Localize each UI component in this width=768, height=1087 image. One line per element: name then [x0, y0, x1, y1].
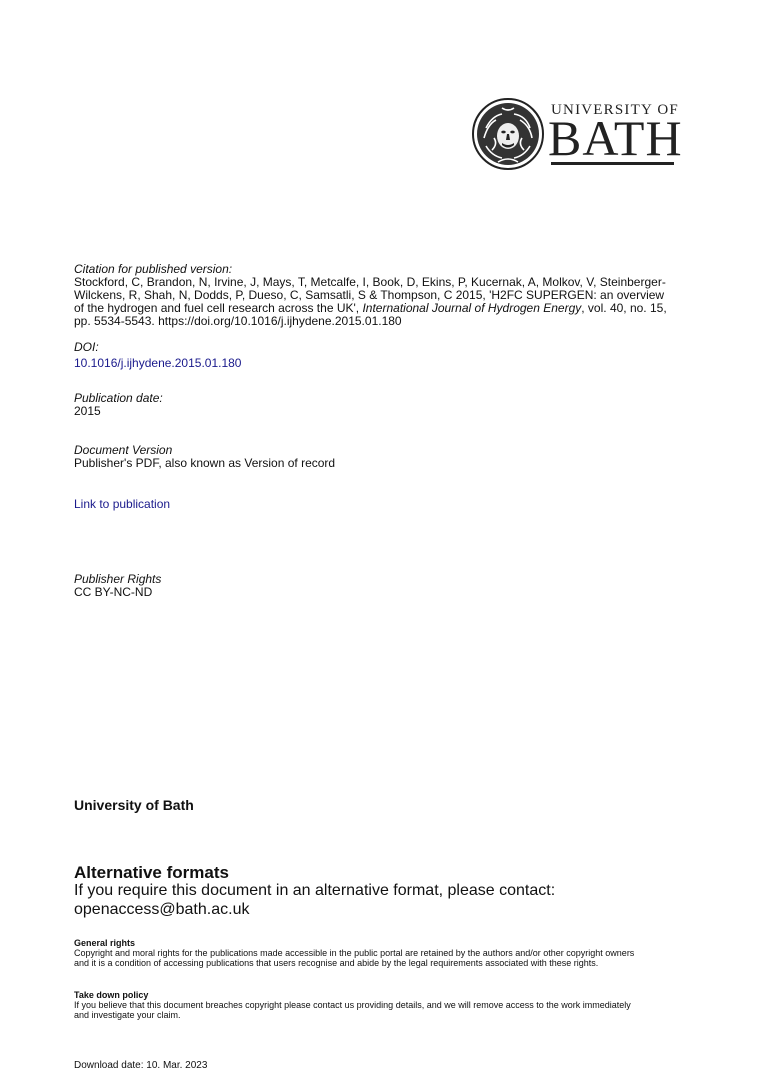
- logo-underline: [551, 162, 674, 165]
- alternative-formats-text: If you require this document in an alter…: [74, 881, 714, 900]
- citation-line-4: pp. 5534-5543. https://doi.org/10.1016/j…: [74, 315, 724, 328]
- institution-name: University of Bath: [74, 797, 194, 813]
- journal-name: International Journal of Hydrogen Energy: [362, 301, 581, 315]
- university-logo: UNIVERSITY OF BATH: [472, 96, 677, 174]
- contact-email[interactable]: openaccess@bath.ac.uk: [74, 900, 714, 919]
- download-date: Download date: 10. Mar. 2023: [74, 1060, 207, 1071]
- general-rights-line-2: and it is a condition of accessing publi…: [74, 958, 724, 968]
- general-rights-block: General rights Copyright and moral right…: [74, 938, 724, 968]
- take-down-policy-block: Take down policy If you believe that thi…: [74, 990, 724, 1020]
- publication-date-label: Publication date:: [74, 392, 724, 405]
- document-version-block: Document Version Publisher's PDF, also k…: [74, 444, 724, 470]
- logo-line2: BATH: [548, 110, 683, 166]
- document-version-value: Publisher's PDF, also known as Version o…: [74, 457, 724, 470]
- take-down-policy-line-2: and investigate your claim.: [74, 1010, 724, 1020]
- alternative-formats-body: If you require this document in an alter…: [74, 881, 714, 919]
- alternative-formats-title: Alternative formats: [74, 863, 229, 883]
- publisher-rights-block: Publisher Rights CC BY-NC-ND: [74, 573, 724, 599]
- take-down-policy-title: Take down policy: [74, 990, 724, 1000]
- general-rights-title: General rights: [74, 938, 724, 948]
- take-down-policy-line-1: If you believe that this document breach…: [74, 1000, 724, 1010]
- citation-line-3-suffix: , vol. 40, no. 15,: [581, 301, 666, 315]
- link-to-publication[interactable]: Link to publication: [74, 497, 170, 511]
- publisher-rights-value: CC BY-NC-ND: [74, 586, 724, 599]
- doi-link[interactable]: 10.1016/j.ijhydene.2015.01.180: [74, 356, 241, 370]
- citation-block: Citation for published version: Stockfor…: [74, 263, 724, 328]
- doi-block: DOI: 10.1016/j.ijhydene.2015.01.180: [74, 341, 724, 372]
- doi-label: DOI:: [74, 341, 724, 354]
- publisher-rights-label: Publisher Rights: [74, 573, 724, 586]
- publication-date-block: Publication date: 2015: [74, 392, 724, 418]
- general-rights-line-1: Copyright and moral rights for the publi…: [74, 948, 724, 958]
- publication-date-value: 2015: [74, 405, 724, 418]
- link-to-publication-block: Link to publication: [74, 495, 724, 513]
- citation-line-3-prefix: of the hydrogen and fuel cell research a…: [74, 301, 362, 315]
- university-seal-icon: [472, 98, 544, 170]
